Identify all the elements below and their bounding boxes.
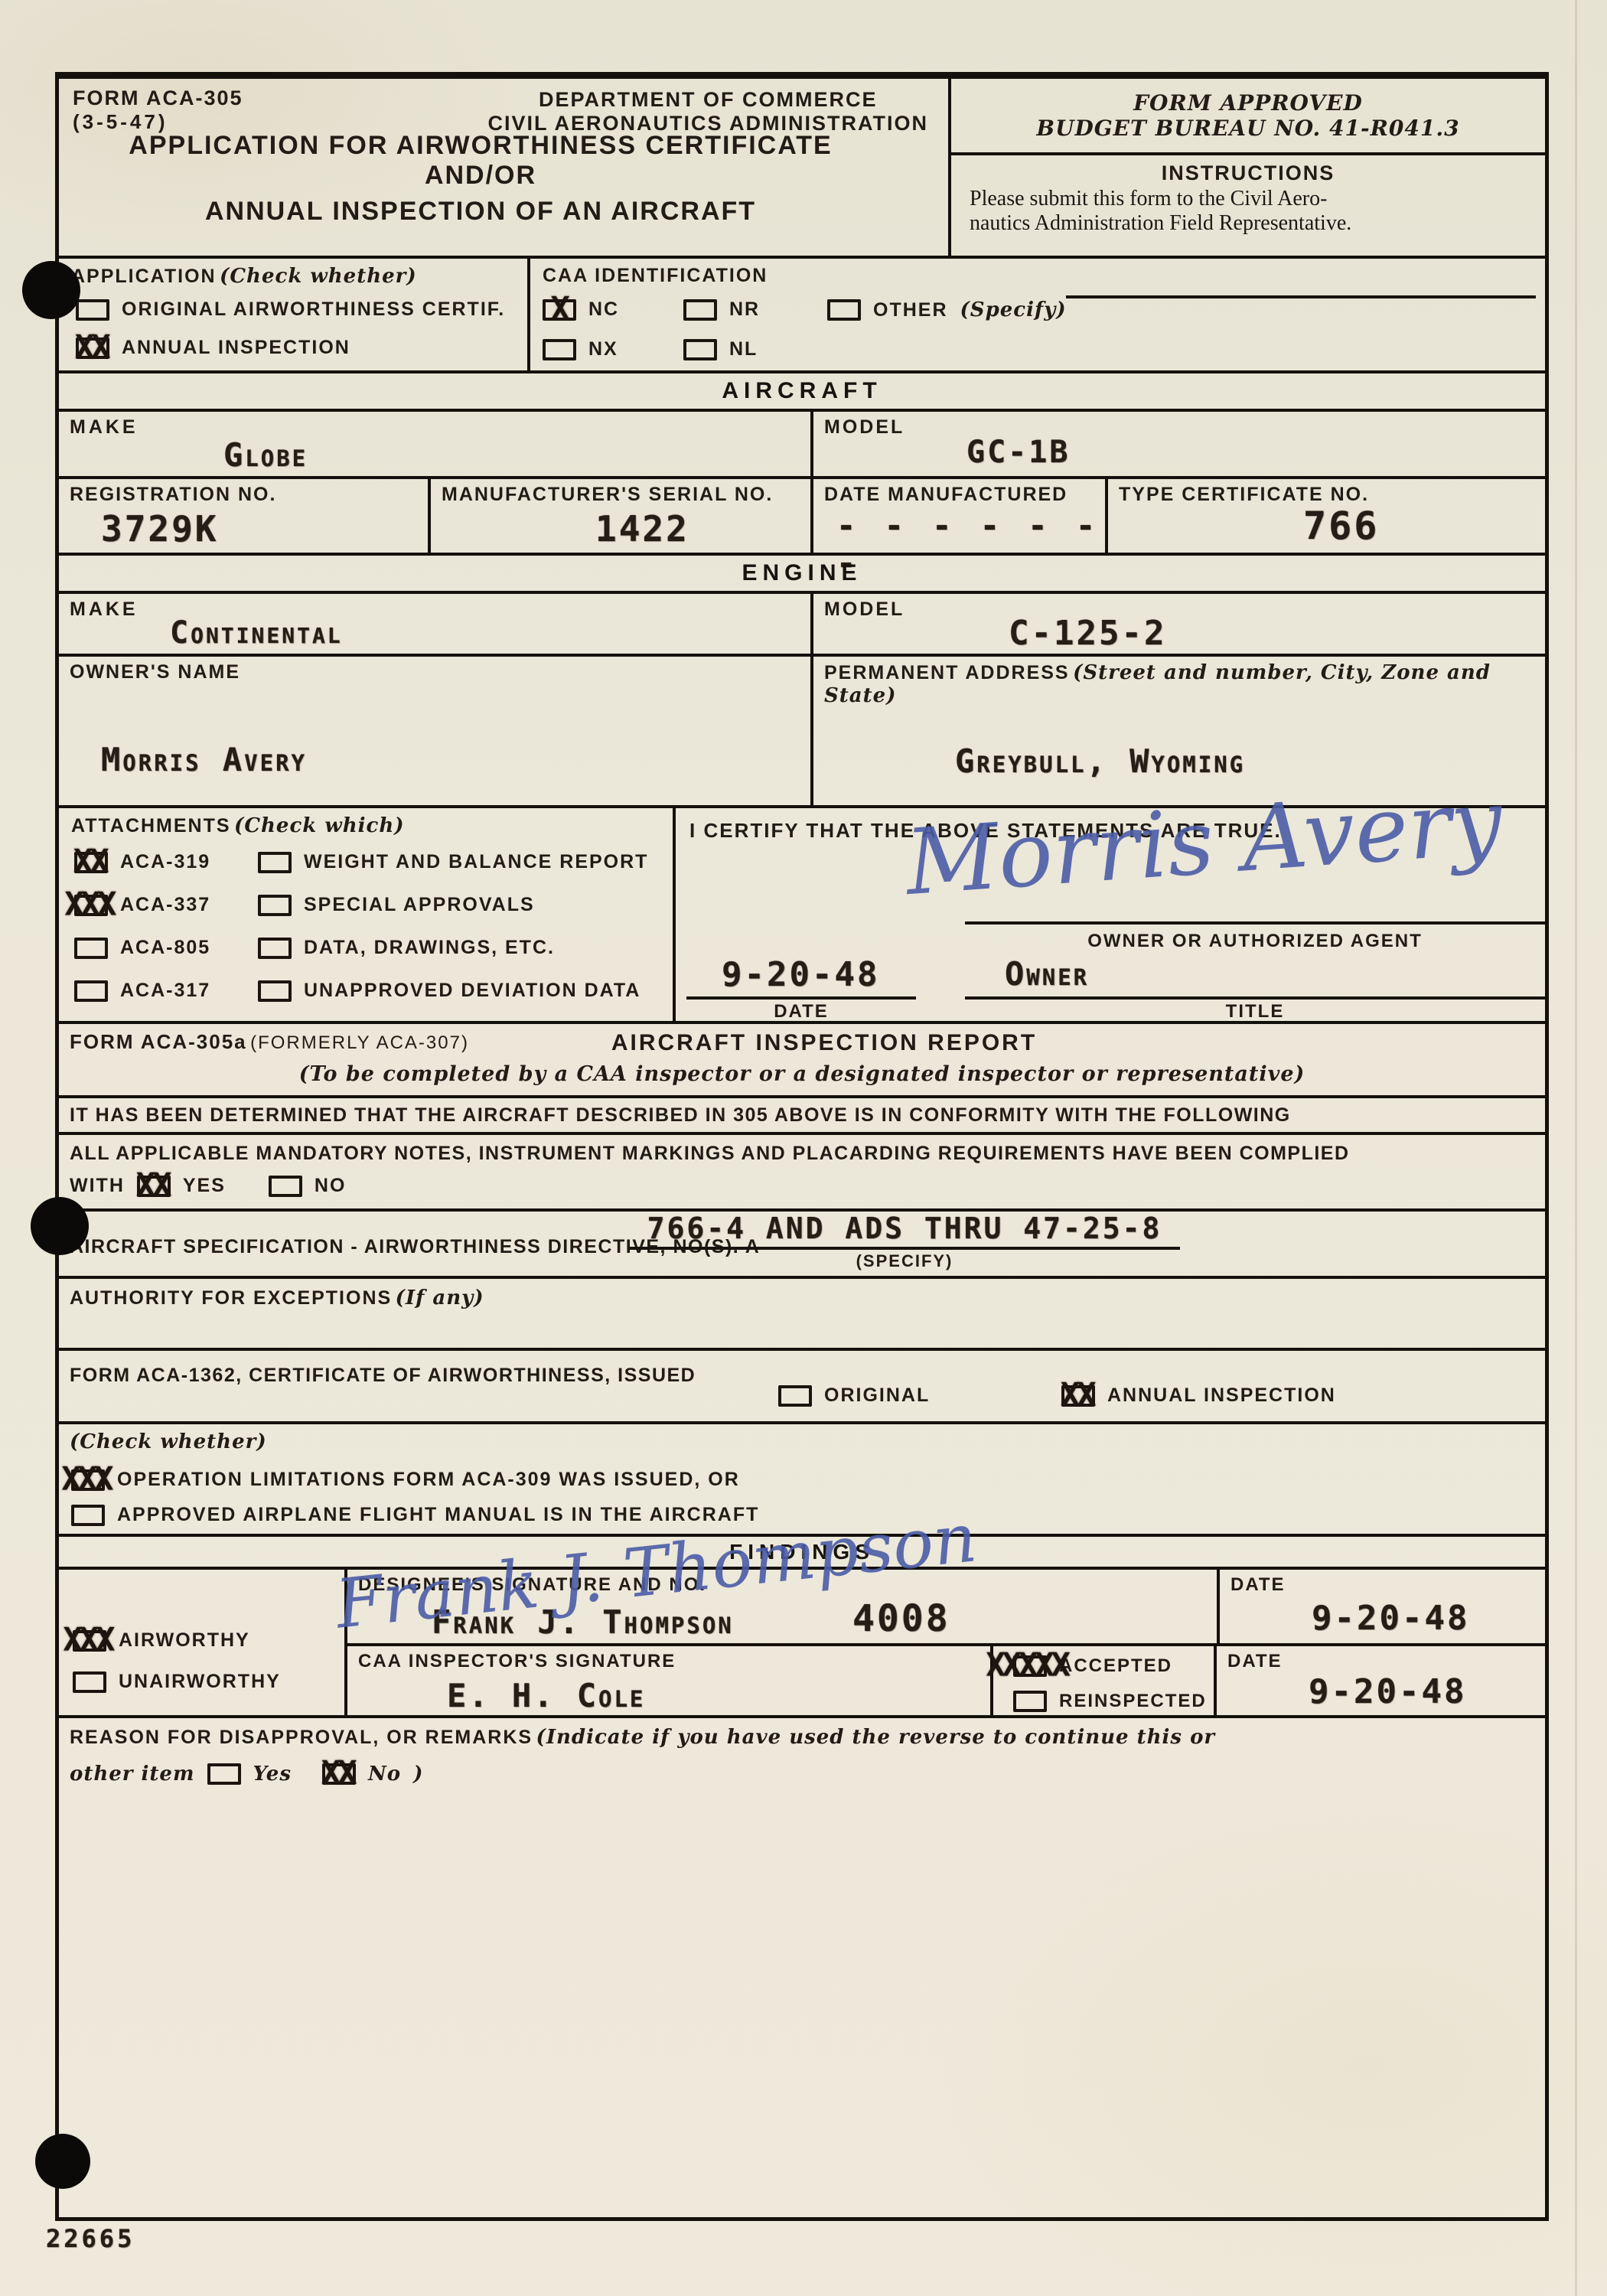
reinspected-option: REINSPECTED — [1013, 1691, 1207, 1712]
accepted-label: ACCEPTED — [1059, 1655, 1172, 1677]
engine-make-label: MAKE — [70, 598, 139, 621]
aircraft-make-label: MAKE — [70, 416, 139, 439]
caa-nl-label: NL — [729, 338, 758, 360]
designee-number[interactable]: 4008 — [852, 1597, 950, 1640]
airworthy-checkbox[interactable]: XXX — [73, 1630, 106, 1652]
engine-make-cell: MAKE Continental — [59, 594, 813, 654]
findings-signatures-cell: DESIGNEE'S SIGNATURE AND NO. Frank J. Th… — [347, 1570, 1545, 1715]
aircraft-make-cell: MAKE Globe — [59, 412, 813, 476]
remarks-label: REASON FOR DISAPPROVAL, OR REMARKS — [70, 1727, 533, 1748]
special-approvals-checkbox[interactable] — [258, 895, 292, 916]
aircraft-band-title: AIRCRAFT — [722, 378, 882, 404]
airworthy-option: XXX AIRWORTHY — [73, 1629, 250, 1652]
form-title-line2: ANNUAL INSPECTION OF AN AIRCRAFT — [105, 197, 856, 227]
owner-address-heading: PERMANENT ADDRESS (Street and number, Ci… — [824, 661, 1530, 707]
accepted-option: XXXXX ACCEPTED — [1013, 1655, 1172, 1677]
registration-cell: REGISTRATION NO. 3729K — [59, 479, 431, 553]
inspector-cell: CAA INSPECTOR'S SIGNATURE E. H. Cole — [347, 1646, 993, 1715]
special-approvals-label: SPECIAL APPROVALS — [304, 894, 535, 916]
engine-model-value[interactable]: C-125-2 — [1009, 614, 1166, 653]
owner-row: OWNER'S NAME Morris Avery PERMANENT ADDR… — [59, 657, 1545, 808]
caa-nx-option: NX — [543, 338, 618, 360]
compliance-yes-label: YES — [183, 1175, 226, 1197]
compliance-no-label: NO — [315, 1175, 347, 1197]
instructions-box: INSTRUCTIONS Please submit this form to … — [951, 155, 1545, 256]
inspector-date-value[interactable]: 9-20-48 — [1309, 1672, 1466, 1711]
inspector-date-cell: DATE 9-20-48 — [1217, 1646, 1545, 1715]
designee-date-value[interactable]: 9-20-48 — [1312, 1599, 1469, 1638]
aca337-label: ACA-337 — [120, 894, 210, 916]
certify-title-label: TITLE — [965, 1001, 1545, 1022]
attachment-unapproved-deviation: UNAPPROVED DEVIATION DATA — [258, 980, 641, 1002]
check-whether-note: (Check whether) — [70, 1430, 267, 1453]
form-approved-line1: FORM APPROVED — [1133, 90, 1363, 116]
annual-inspection-mark: XX — [75, 328, 108, 365]
serial-label: MANUFACTURER'S SERIAL NO. — [442, 484, 773, 506]
certification-cell: I CERTIFY THAT THE ABOVE STATEMENTS ARE … — [676, 808, 1545, 1021]
report-form-number: FORM ACA-305a — [70, 1030, 247, 1053]
department-block: DEPARTMENT OF COMMERCE CIVIL AERONAUTICS… — [488, 88, 929, 135]
operation-limitations-label: OPERATION LIMITATIONS FORM ACA-309 WAS I… — [117, 1469, 740, 1491]
aca1362-original-option: ORIGINAL — [778, 1384, 930, 1407]
serial-cell: MANUFACTURER'S SERIAL NO. 1422 — [431, 479, 813, 553]
registration-label: REGISTRATION NO. — [70, 484, 276, 506]
operation-limitations-option: XXX OPERATION LIMITATIONS FORM ACA-309 W… — [71, 1469, 740, 1491]
aca805-label: ACA-805 — [120, 937, 210, 959]
engine-make-value[interactable]: Continental — [170, 615, 343, 651]
caa-other-note: (Specify) — [960, 298, 1067, 321]
annual-inspection-option: XX ANNUAL INSPECTION — [76, 337, 350, 359]
caa-nx-label: NX — [588, 338, 618, 360]
engine-model-label: MODEL — [824, 598, 905, 621]
designee-cell: DESIGNEE'S SIGNATURE AND NO. Frank J. Th… — [347, 1570, 1220, 1643]
remarks-close-paren: ) — [413, 1763, 423, 1786]
aca1362-original-checkbox[interactable] — [778, 1385, 812, 1407]
remarks-row: REASON FOR DISAPPROVAL, OR REMARKS (Indi… — [59, 1718, 1545, 2217]
compliance-yes-mark: XX — [136, 1166, 169, 1203]
aca1362-row: FORM ACA-1362, CERTIFICATE OF AIRWORTHIN… — [59, 1351, 1545, 1424]
form-title: APPLICATION FOR AIRWORTHINESS CERTIFICAT… — [105, 131, 856, 227]
compliance-with-label: WITH — [70, 1175, 125, 1197]
original-certif-option: ORIGINAL AIRWORTHINESS CERTIF. — [76, 298, 505, 321]
form-number: FORM ACA-305 — [73, 86, 243, 110]
form-number-block: FORM ACA-305 (3-5-47) — [73, 86, 243, 134]
compliance-yes-checkbox[interactable]: XX — [137, 1176, 171, 1197]
caa-nr-label: NR — [729, 298, 760, 321]
remarks-heading-line2: other item Yes XX No ) — [70, 1763, 423, 1786]
caa-identification-cell: CAA IDENTIFICATION X NC NR OTHER (Specif… — [530, 259, 1545, 370]
attachments-heading: ATTACHMENTS (Check which) — [71, 814, 405, 837]
aircraft-registration-row: REGISTRATION NO. 3729K MANUFACTURER'S SE… — [59, 479, 1545, 556]
application-cell: APPLICATION (Check whether) ORIGINAL AIR… — [59, 259, 530, 370]
certify-statement: I CERTIFY THAT THE ABOVE STATEMENTS ARE … — [689, 819, 1282, 843]
unapproved-deviation-checkbox[interactable] — [258, 980, 292, 1002]
aircraft-make-model-row: MAKE Globe MODEL GC-1B — [59, 412, 1545, 479]
date-manufactured-label: DATE MANUFACTURED — [824, 484, 1068, 506]
accepted-checkbox[interactable]: XXXXX — [1013, 1655, 1047, 1677]
data-drawings-checkbox[interactable] — [258, 938, 292, 959]
instructions-line2: nautics Administration Field Representat… — [970, 211, 1527, 236]
serial-stamp: 22665 — [46, 2224, 135, 2253]
engine-band: ENGINE — [59, 556, 1545, 594]
data-drawings-label: DATA, DRAWINGS, ETC. — [304, 937, 555, 959]
date-manufactured-cell: DATE MANUFACTURED - - - - - - - — [813, 479, 1108, 553]
form-title-line1: APPLICATION FOR AIRWORTHINESS CERTIFICAT… — [105, 131, 856, 191]
owner-name-label: OWNER'S NAME — [70, 661, 240, 683]
engine-make-model-row: MAKE Continental MODEL C-125-2 — [59, 594, 1545, 657]
remarks-note1: (Indicate if you have used the reverse t… — [536, 1726, 1216, 1749]
specification-fill: 766-4 AND ADS THRU 47-25-8 (SPECIFY) — [629, 1212, 1180, 1271]
aircraft-model-value[interactable]: GC-1B — [966, 435, 1070, 470]
flight-manual-option: APPROVED AIRPLANE FLIGHT MANUAL IS IN TH… — [71, 1504, 759, 1526]
airworthy-mark: XXX — [64, 1620, 112, 1658]
type-certificate-cell: TYPE CERTIFICATE NO. 766 — [1108, 479, 1545, 553]
annual-inspection-checkbox[interactable]: XX — [76, 338, 109, 359]
engine-model-cell: MODEL C-125-2 — [813, 594, 1545, 654]
aca1362-annual-option: XX ANNUAL INSPECTION — [1061, 1384, 1336, 1407]
designee-date-label: DATE — [1231, 1574, 1286, 1596]
caa-nc-mark: X — [550, 289, 566, 327]
certify-title-value[interactable]: Owner — [1005, 955, 1089, 993]
certify-date-value[interactable]: 9-20-48 — [722, 955, 879, 994]
inspector-name[interactable]: E. H. Cole — [447, 1677, 645, 1714]
airworthy-cell: XXX AIRWORTHY UNAIRWORTHY — [59, 1570, 347, 1715]
findings-band: FINDINGS — [59, 1537, 1545, 1570]
attachment-data-drawings: DATA, DRAWINGS, ETC. — [258, 937, 555, 959]
unairworthy-checkbox[interactable] — [73, 1671, 106, 1693]
compliance-yes-no: WITH XX YES NO — [70, 1175, 346, 1197]
department-line1: DEPARTMENT OF COMMERCE — [488, 88, 929, 112]
hole-punch-middle — [31, 1197, 89, 1255]
aca1362-annual-label: ANNUAL INSPECTION — [1107, 1384, 1336, 1407]
attachment-weight-balance: WEIGHT AND BALANCE REPORT — [258, 851, 648, 873]
designee-typed-name[interactable]: Frank J. Thompson — [432, 1603, 734, 1641]
original-certif-label: ORIGINAL AIRWORTHINESS CERTIF. — [122, 298, 505, 321]
caa-other-checkbox[interactable] — [827, 299, 861, 321]
remarks-no-mark: XX — [321, 1754, 354, 1792]
report-formerly: (FORMERLY ACA-307) — [250, 1032, 469, 1053]
type-certificate-value[interactable]: 766 — [1303, 504, 1379, 548]
instructions-title: INSTRUCTIONS — [970, 161, 1527, 185]
attachments-label: ATTACHMENTS — [71, 815, 231, 837]
unairworthy-option: UNAIRWORTHY — [73, 1671, 281, 1693]
aca317-checkbox[interactable] — [74, 980, 108, 1002]
owner-address-value[interactable]: Greybull, Wyoming — [955, 742, 1245, 780]
reinspected-label: REINSPECTED — [1059, 1691, 1207, 1712]
inspector-label: CAA INSPECTOR'S SIGNATURE — [358, 1651, 676, 1672]
certify-date-line — [686, 996, 916, 1000]
attachment-aca805: ACA-805 — [74, 937, 210, 959]
aca1362-annual-mark: XX — [1061, 1375, 1094, 1413]
hole-punch-bottom — [35, 2134, 90, 2189]
aca1362-label: FORM ACA-1362, CERTIFICATE OF AIRWORTHIN… — [70, 1365, 696, 1387]
authority-row: AUTHORITY FOR EXCEPTIONS (If any) — [59, 1279, 1545, 1351]
registration-value[interactable]: 3729K — [101, 508, 218, 550]
accepted-mark: XXXXX — [986, 1646, 1068, 1684]
report-subheading: (To be completed by a CAA inspector or a… — [59, 1062, 1545, 1086]
remarks-no-checkbox[interactable]: XX — [322, 1763, 356, 1785]
aircraft-band: AIRCRAFT — [59, 373, 1545, 412]
reinspected-checkbox[interactable] — [1013, 1691, 1047, 1712]
report-heading: AIRCRAFT INSPECTION REPORT — [611, 1030, 1037, 1055]
attachments-cell: ATTACHMENTS (Check which) XX ACA-319 WEI… — [59, 808, 676, 1021]
paper-crease — [1575, 0, 1577, 2296]
findings-row: XXX AIRWORTHY UNAIRWORTHY DESIGNEE'S SIG… — [59, 1570, 1545, 1718]
owner-name-cell: OWNER'S NAME Morris Avery — [59, 657, 813, 805]
header-left-cell: FORM ACA-305 (3-5-47) DEPARTMENT OF COMM… — [59, 79, 951, 256]
certify-title-line — [965, 996, 1545, 1000]
application-row: APPLICATION (Check whether) ORIGINAL AIR… — [59, 259, 1545, 373]
original-certif-checkbox[interactable] — [76, 299, 109, 321]
authority-label: AUTHORITY FOR EXCEPTIONS — [70, 1287, 392, 1309]
remarks-yes-checkbox[interactable] — [207, 1763, 241, 1785]
inspection-report-header-row: FORM ACA-305a (FORMERLY ACA-307) AIRCRAF… — [59, 1024, 1545, 1098]
caa-nx-checkbox[interactable] — [543, 339, 576, 360]
application-label: APPLICATION — [71, 266, 217, 287]
caa-nc-checkbox[interactable]: X — [543, 299, 576, 321]
remarks-yes-label: Yes — [253, 1763, 292, 1786]
caa-nl-option: NL — [683, 338, 758, 360]
caa-nc-label: NC — [588, 298, 619, 321]
caa-nl-checkbox[interactable] — [683, 339, 717, 360]
owner-address-label: PERMANENT ADDRESS — [824, 662, 1070, 683]
aca-305-form: FORM ACA-305 (3-5-47) DEPARTMENT OF COMM… — [55, 72, 1549, 2221]
aca337-checkbox[interactable]: XXX — [74, 895, 108, 916]
form-approved-line2: BUDGET BUREAU NO. 41-R041.3 — [1036, 116, 1459, 141]
header-right-cell: FORM APPROVED BUDGET BUREAU NO. 41-R041.… — [951, 79, 1545, 256]
caa-other-option: OTHER (Specify) — [827, 298, 1067, 321]
accepted-cell: XXXXX ACCEPTED REINSPECTED — [993, 1646, 1217, 1715]
aca1362-annual-checkbox[interactable]: XX — [1061, 1385, 1095, 1407]
designee-date-cell: DATE 9-20-48 — [1220, 1570, 1545, 1643]
caa-identification-label: CAA IDENTIFICATION — [543, 265, 768, 287]
check-whether-row: (Check whether) XXX OPERATION LIMITATION… — [59, 1424, 1545, 1537]
report-heading-wrap: AIRCRAFT INSPECTION REPORT — [442, 1030, 1207, 1056]
hole-punch-top — [22, 261, 80, 319]
unapproved-deviation-label: UNAPPROVED DEVIATION DATA — [304, 980, 641, 1002]
application-heading: APPLICATION (Check whether) — [71, 265, 417, 288]
attachments-note: (Check which) — [234, 814, 405, 837]
aca319-label: ACA-319 — [120, 851, 210, 873]
compliance-no-checkbox[interactable] — [269, 1176, 302, 1197]
application-note: (Check whether) — [220, 265, 417, 288]
weight-balance-label: WEIGHT AND BALANCE REPORT — [304, 851, 648, 873]
owner-address-cell: PERMANENT ADDRESS (Street and number, Ci… — [813, 657, 1545, 805]
instructions-line1: Please submit this form to the Civil Aer… — [970, 187, 1527, 211]
determination-row: IT HAS BEEN DETERMINED THAT THE AIRCRAFT… — [59, 1098, 1545, 1135]
aircraft-make-value[interactable]: Globe — [223, 436, 308, 474]
weight-balance-checkbox[interactable] — [258, 852, 292, 873]
airworthy-label: AIRWORTHY — [119, 1629, 250, 1652]
aca1362-original-label: ORIGINAL — [824, 1384, 930, 1407]
attachment-special-approvals: SPECIAL APPROVALS — [258, 894, 535, 916]
annual-inspection-label: ANNUAL INSPECTION — [122, 337, 350, 359]
scanned-form-page: FORM ACA-305 (3-5-47) DEPARTMENT OF COMM… — [0, 0, 1607, 2296]
aca319-mark: XX — [73, 842, 106, 879]
caa-other-label: OTHER — [873, 299, 948, 321]
caa-other-fill-line[interactable] — [1066, 295, 1536, 298]
report-form-number-block: FORM ACA-305a (FORMERLY ACA-307) — [70, 1030, 469, 1054]
compliance-row: ALL APPLICABLE MANDATORY NOTES, INSTRUME… — [59, 1135, 1545, 1212]
unairworthy-label: UNAIRWORTHY — [119, 1671, 281, 1693]
authority-heading: AUTHORITY FOR EXCEPTIONS (If any) — [70, 1287, 484, 1309]
type-certificate-label: TYPE CERTIFICATE NO. — [1119, 484, 1369, 506]
engine-band-title: ENGINE — [742, 560, 862, 586]
owner-name-value[interactable]: Morris Avery — [101, 741, 307, 778]
aircraft-model-cell: MODEL GC-1B — [813, 412, 1545, 476]
caa-nc-option: X NC — [543, 298, 619, 321]
designee-label: DESIGNEE'S SIGNATURE AND NO. — [358, 1574, 706, 1596]
form-approved-box: FORM APPROVED BUDGET BUREAU NO. 41-R041.… — [951, 79, 1545, 155]
certify-date-label: DATE — [686, 1001, 916, 1022]
findings-band-title: FINDINGS — [729, 1540, 875, 1564]
header-row: FORM ACA-305 (3-5-47) DEPARTMENT OF COMM… — [59, 79, 1545, 259]
operation-limitations-checkbox[interactable]: XXX — [71, 1469, 105, 1491]
specification-value[interactable]: 766-4 AND ADS THRU 47-25-8 — [629, 1212, 1180, 1250]
owner-signature-line[interactable] — [965, 921, 1545, 925]
attachment-aca337: XXX ACA-337 — [74, 894, 210, 916]
inspector-date-label: DATE — [1227, 1651, 1283, 1672]
determination-text: IT HAS BEEN DETERMINED THAT THE AIRCRAFT… — [70, 1104, 1291, 1127]
remarks-heading-line1: REASON FOR DISAPPROVAL, OR REMARKS (Indi… — [70, 1726, 1215, 1749]
owner-signature-caption: OWNER OR AUTHORIZED AGENT — [965, 931, 1545, 952]
aca805-checkbox[interactable] — [74, 938, 108, 959]
specify-caption: (SPECIFY) — [629, 1251, 1180, 1271]
caa-nr-checkbox[interactable] — [683, 299, 717, 321]
attachment-aca317: ACA-317 — [74, 980, 210, 1002]
compliance-text: ALL APPLICABLE MANDATORY NOTES, INSTRUME… — [70, 1143, 1350, 1165]
designee-subrow: DESIGNEE'S SIGNATURE AND NO. Frank J. Th… — [347, 1570, 1545, 1646]
serial-value[interactable]: 1422 — [595, 508, 689, 550]
attachments-certify-row: ATTACHMENTS (Check which) XX ACA-319 WEI… — [59, 808, 1545, 1024]
flight-manual-label: APPROVED AIRPLANE FLIGHT MANUAL IS IN TH… — [117, 1504, 759, 1526]
caa-nr-option: NR — [683, 298, 760, 321]
flight-manual-checkbox[interactable] — [71, 1505, 105, 1526]
operation-limitations-mark: XXX — [62, 1459, 111, 1497]
authority-note: (If any) — [396, 1287, 484, 1309]
aca337-mark: XXX — [65, 885, 114, 922]
remarks-no-label: No — [368, 1763, 401, 1786]
inspector-subrow: CAA INSPECTOR'S SIGNATURE E. H. Cole XXX… — [347, 1646, 1545, 1715]
aca319-checkbox[interactable]: XX — [74, 852, 108, 873]
aircraft-model-label: MODEL — [824, 416, 905, 439]
aca317-label: ACA-317 — [120, 980, 210, 1002]
attachment-aca319: XX ACA-319 — [74, 851, 210, 873]
remarks-note2: other item — [70, 1763, 195, 1786]
specification-row: AIRCRAFT SPECIFICATION - AIRWORTHINESS D… — [59, 1212, 1545, 1279]
